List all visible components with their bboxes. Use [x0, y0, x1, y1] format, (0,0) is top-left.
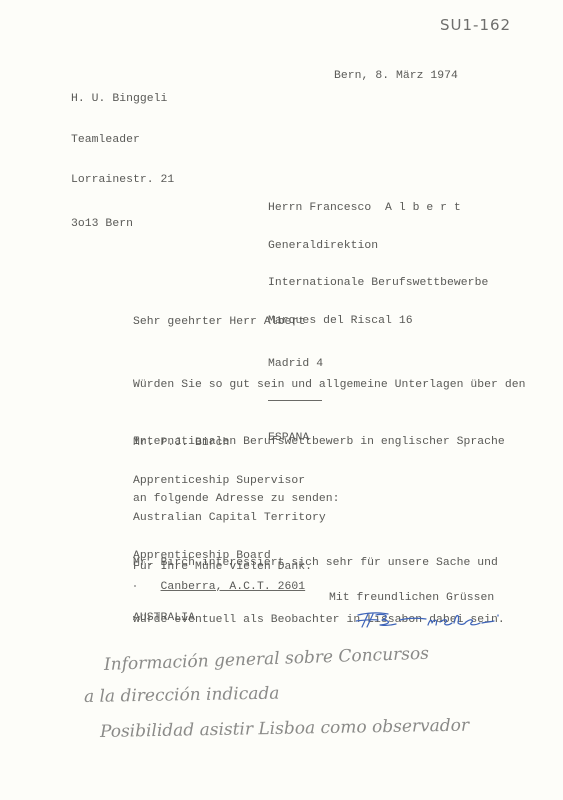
closing-line: Mit freundlichen Grüssen	[329, 592, 494, 604]
signature	[356, 609, 506, 636]
letter-page: SU1-162 H. U. Binggeli Teamleader Lorrai…	[0, 0, 563, 800]
recipient-department: Generaldirektion	[268, 240, 488, 253]
recipient-name: Herrn Francesco A l b e r t	[268, 202, 488, 215]
forward-position: Apprenticeship Supervisor	[133, 475, 326, 488]
sender-block: H. U. Binggeli Teamleader Lorrainestr. 2…	[71, 66, 174, 258]
sender-title: Teamleader	[71, 134, 174, 148]
thanks-line: Für Ihre Mühe vielen Dank.	[133, 561, 312, 573]
forward-name: Mr. P.J. Birch	[133, 437, 326, 450]
sender-name: H. U. Binggeli	[71, 93, 174, 107]
ink-dot	[134, 585, 136, 587]
paragraph-line: Würden Sie so gut sein und allgemeine Un…	[133, 376, 525, 395]
sender-city: 3o13 Bern	[71, 218, 174, 232]
salutation: Sehr geehrter Herr Albert	[133, 316, 305, 328]
sender-street: Lorrainestr. 21	[71, 174, 174, 188]
handwritten-note-line-2: a la dirección indicada	[84, 684, 280, 707]
signature-scribble-icon	[356, 609, 506, 631]
recipient-organization: Internationale Berufswettbewerbe	[268, 277, 488, 290]
date-line: Bern, 8. März 1974	[334, 70, 458, 82]
handwritten-note-line-3: Posibilidad asistir Lisboa como observad…	[100, 716, 469, 742]
reference-number: SU1-162	[440, 16, 511, 34]
